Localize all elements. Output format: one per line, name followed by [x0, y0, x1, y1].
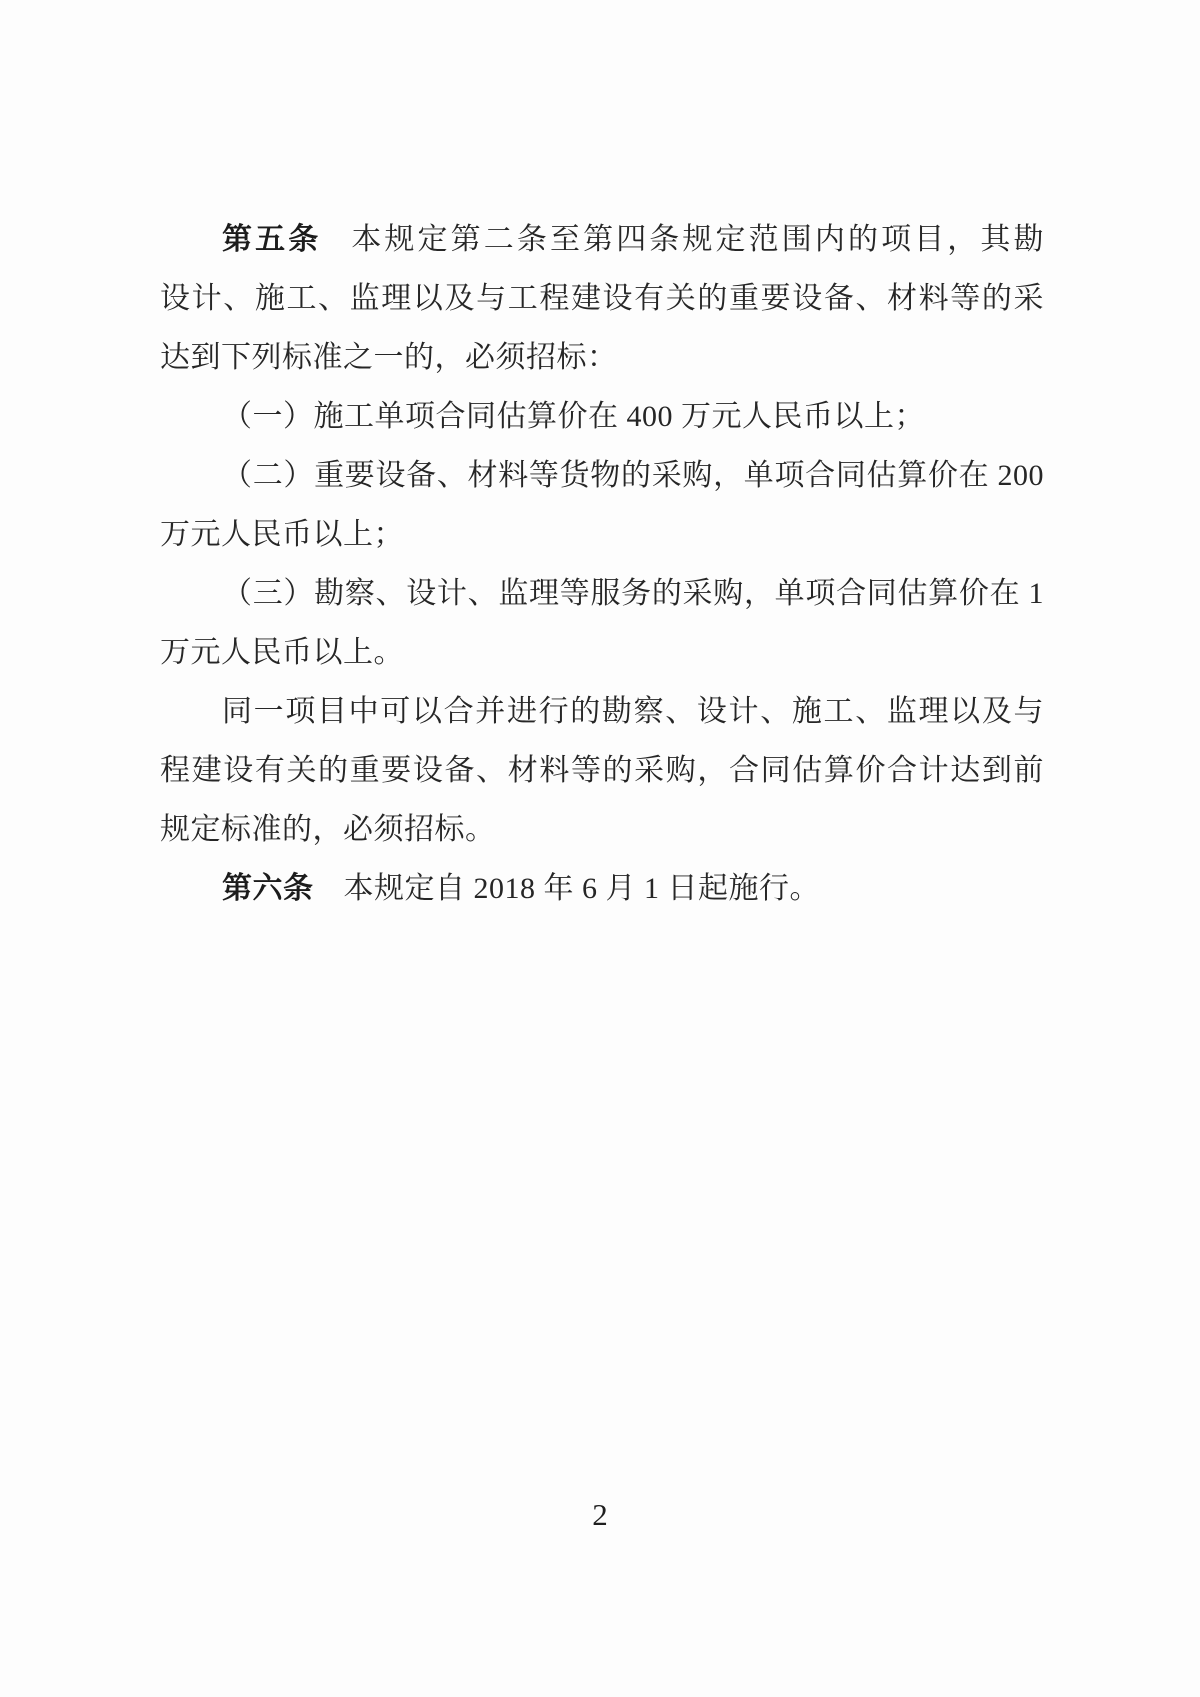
- page-number: 2: [0, 1494, 1200, 1536]
- text-line: 设计、施工、监理以及与工程建设有关的重要设备、材料等的采购: [160, 269, 1044, 328]
- text-line: 规定标准的，必须招标。: [160, 800, 1044, 859]
- line-text: 设计、施工、监理以及与工程建设有关的重要设备、材料等的采购: [160, 282, 1044, 328]
- text-line: 万元人民币以上；: [160, 505, 1044, 564]
- line-text: （三）勘察、设计、监理等服务的采购，单项合同估算价在 100: [222, 577, 1044, 623]
- text-line: （三）勘察、设计、监理等服务的采购，单项合同估算价在 100: [160, 564, 1044, 623]
- text-line: 程建设有关的重要设备、材料等的采购，合同估算价合计达到前款: [160, 741, 1044, 800]
- article-heading: 第五条: [222, 223, 321, 256]
- line-text: 万元人民币以上。: [160, 636, 404, 669]
- article-heading: 第六条: [222, 872, 314, 905]
- line-text: 程建设有关的重要设备、材料等的采购，合同估算价合计达到前款: [160, 754, 1044, 800]
- text-line: 万元人民币以上。: [160, 623, 1044, 682]
- text-line: 第六条本规定自 2018 年 6 月 1 日起施行。: [160, 859, 1044, 918]
- line-text: 本规定第二条至第四条规定范围内的项目，其勘察、: [222, 223, 1044, 269]
- line-text: （二）重要设备、材料等货物的采购，单项合同估算价在 200: [222, 459, 1044, 492]
- line-text: 规定标准的，必须招标。: [160, 813, 496, 846]
- text-line: 第五条本规定第二条至第四条规定范围内的项目，其勘察、: [160, 210, 1044, 269]
- text-line: （一）施工单项合同估算价在 400 万元人民币以上；: [160, 387, 1044, 446]
- line-text: 达到下列标准之一的，必须招标：: [160, 341, 618, 374]
- line-text: （一）施工单项合同估算价在 400 万元人民币以上；: [222, 400, 925, 433]
- text-line: 达到下列标准之一的，必须招标：: [160, 328, 1044, 387]
- document-body: 第五条本规定第二条至第四条规定范围内的项目，其勘察、设计、施工、监理以及与工程建…: [160, 210, 1044, 918]
- text-line: 同一项目中可以合并进行的勘察、设计、施工、监理以及与工: [160, 682, 1044, 741]
- line-text: 同一项目中可以合并进行的勘察、设计、施工、监理以及与工: [222, 695, 1044, 741]
- document-page: 第五条本规定第二条至第四条规定范围内的项目，其勘察、设计、施工、监理以及与工程建…: [0, 0, 1200, 1697]
- text-line: （二）重要设备、材料等货物的采购，单项合同估算价在 200: [160, 446, 1044, 505]
- line-text: 万元人民币以上；: [160, 518, 404, 551]
- line-text: 本规定自 2018 年 6 月 1 日起施行。: [344, 872, 821, 905]
